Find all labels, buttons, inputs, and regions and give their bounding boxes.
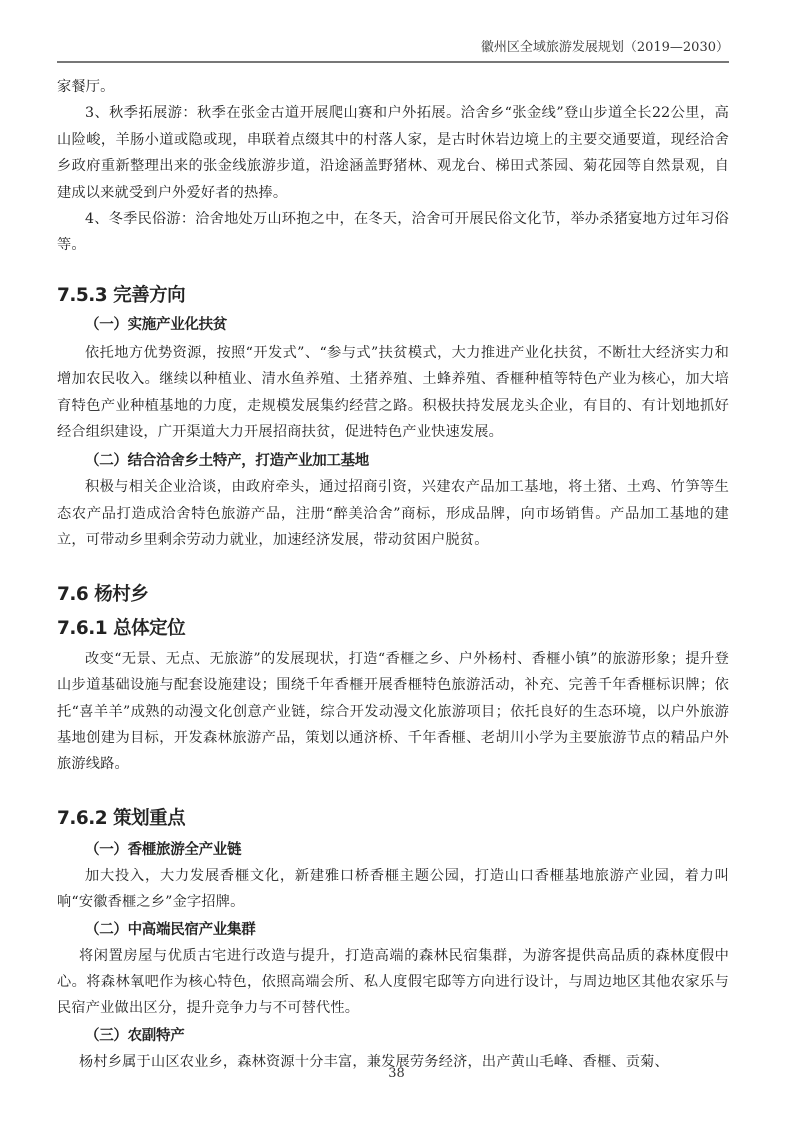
section-heading-7-6: 7.6 杨村乡 bbox=[57, 580, 729, 606]
subsection-heading-agri-specialty: （三）农副特产 bbox=[57, 1024, 729, 1045]
running-header: 徽州区全域旅游发展规划（2019—2030） bbox=[57, 36, 729, 63]
section-heading-7-5-3: 7.5.3 完善方向 bbox=[57, 281, 729, 307]
paragraph-continuation: 家餐厅。 bbox=[57, 74, 729, 100]
paragraph-processing-base: 积极与相关企业洽谈，由政府牵头，通过招商引资，兴建农产品加工基地，将土猪、土鸡、… bbox=[57, 474, 729, 553]
section-heading-7-6-2: 7.6.2 策划重点 bbox=[57, 804, 729, 830]
subsection-heading-processing-base: （二）结合洽舍乡土特产，打造产业加工基地 bbox=[57, 449, 729, 470]
paragraph-autumn-tour: 3、秋季拓展游：秋季在张金古道开展爬山赛和户外拓展。洽舍乡“张金线”登山步道全长… bbox=[57, 100, 729, 206]
paragraph-overall-positioning: 改变“无景、无点、无旅游”的发展现状，打造“香榧之乡、户外杨村、香榧小镇”的旅游… bbox=[57, 646, 729, 778]
subsection-heading-torreya-chain: （一）香榧旅游全产业链 bbox=[57, 838, 729, 859]
subsection-heading-homestay-cluster: （二）中高端民宿产业集群 bbox=[57, 918, 729, 939]
section-heading-7-6-1: 7.6.1 总体定位 bbox=[57, 614, 729, 640]
paragraph-torreya-chain: 加大投入，大力发展香榧文化，新建雅口桥香榧主题公园，打造山口香榧基地旅游产业园，… bbox=[57, 863, 729, 916]
subsection-heading-poverty-relief: （一）实施产业化扶贫 bbox=[57, 313, 729, 334]
paragraph-homestay-cluster: 将闲置房屋与优质古宅进行改造与提升，打造高端的森林民宿集群，为游客提供高品质的森… bbox=[57, 943, 729, 1022]
page-number: 38 bbox=[0, 1066, 793, 1081]
paragraph-poverty-relief: 依托地方优势资源，按照“开发式”、“参与式”扶贫模式，大力推进产业化扶贫，不断壮… bbox=[57, 340, 729, 446]
page-body: 家餐厅。 3、秋季拓展游：秋季在张金古道开展爬山赛和户外拓展。洽舍乡“张金线”登… bbox=[57, 72, 729, 1075]
paragraph-winter-tour: 4、冬季民俗游：洽舍地处万山环抱之中，在冬天，洽舍可开展民俗文化节，举办杀猪宴地… bbox=[57, 206, 729, 259]
